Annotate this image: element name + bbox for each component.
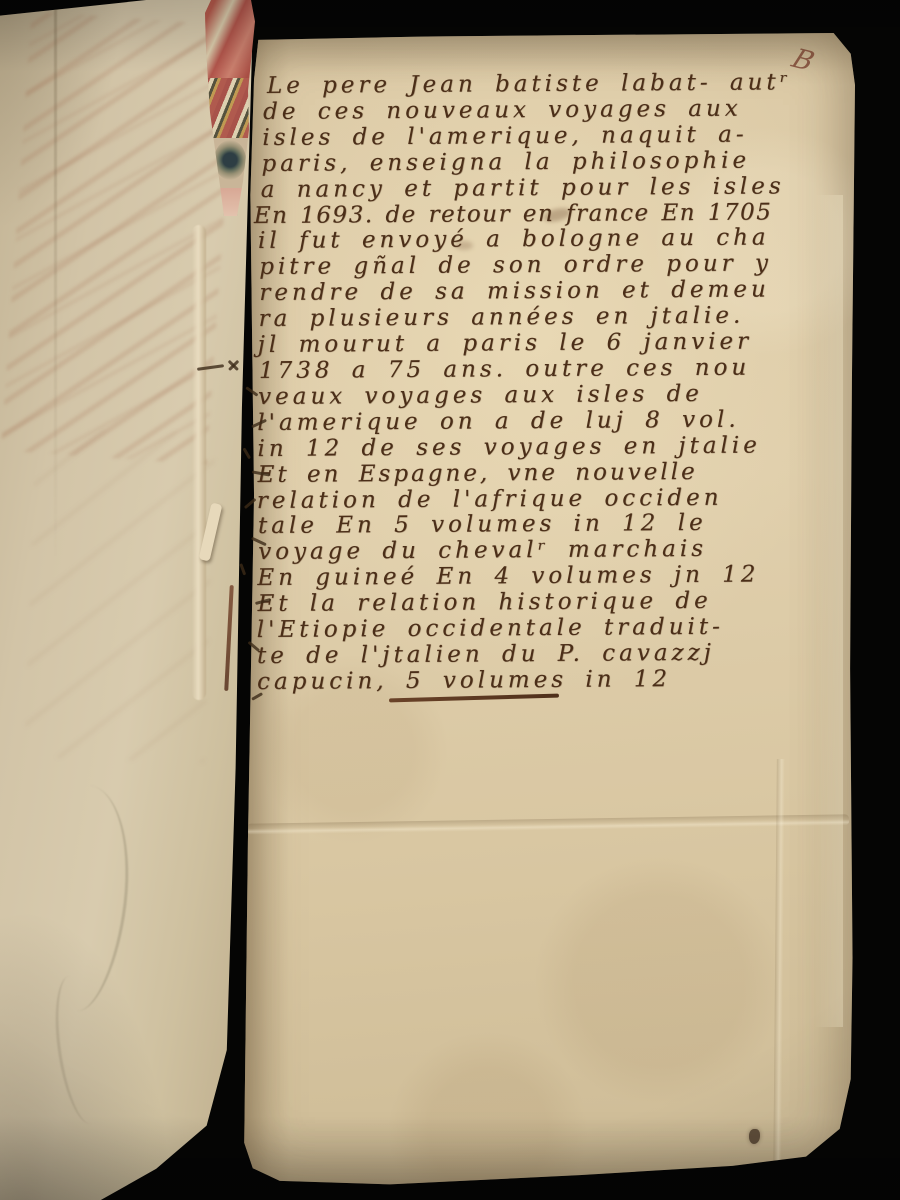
handwritten-line: rendre de sa mission et demeu — [259, 277, 838, 307]
handwritten-line: jl mourut a paris le 6 janvier — [258, 329, 839, 359]
stitch-mark-icon — [243, 447, 251, 459]
handwritten-line: Et la relation historique de — [257, 588, 840, 618]
handwritten-line: relation de l'afrique occiden — [257, 484, 840, 514]
handwritten-line: te de l'jtalien du P. cavazzj — [257, 640, 841, 670]
handwritten-line: veaux voyages aux isles de — [258, 381, 839, 411]
handwritten-line: 1738 a 75 ans. outre ces nou — [259, 355, 839, 385]
handwritten-line: tale En 5 volumes in 12 le — [258, 510, 840, 540]
marble-stripes — [205, 78, 255, 138]
manuscript-page: B Le pere Jean batiste labat- autʳ de ce… — [243, 33, 855, 1189]
handwritten-line: in 12 de ses voyages en jtalie — [257, 433, 839, 463]
handwritten-line: Et en Espagne, vne nouvelle — [258, 459, 840, 489]
marble-eye — [214, 140, 246, 180]
handwritten-line: isles de l'amerique, naquit a- — [262, 122, 837, 152]
facing-endpaper-page — [0, 0, 252, 1200]
torn-paper-ridge — [192, 225, 206, 700]
handwritten-line: En guineé En 4 volumes jn 12 — [257, 562, 840, 592]
handwritten-line: capucin, 5 volumes in 12 — [257, 666, 841, 696]
ink-offset-ghosting-lower — [24, 427, 215, 763]
marble-red-swirl — [205, 0, 255, 78]
manuscript-photo: B Le pere Jean batiste labat- autʳ de ce… — [0, 0, 900, 1200]
stitch-mark-icon — [240, 563, 246, 575]
handwritten-line: Le pere Jean batiste labat- autʳ — [267, 70, 837, 100]
handwritten-line: l'Etiopie occidentale traduit- — [257, 614, 841, 644]
handwritten-note: Le pere Jean batiste labat- autʳ de ces … — [253, 70, 841, 696]
handwritten-line: de ces nouveaux voyages aux — [263, 96, 837, 126]
endpaper-crease — [54, 0, 57, 560]
